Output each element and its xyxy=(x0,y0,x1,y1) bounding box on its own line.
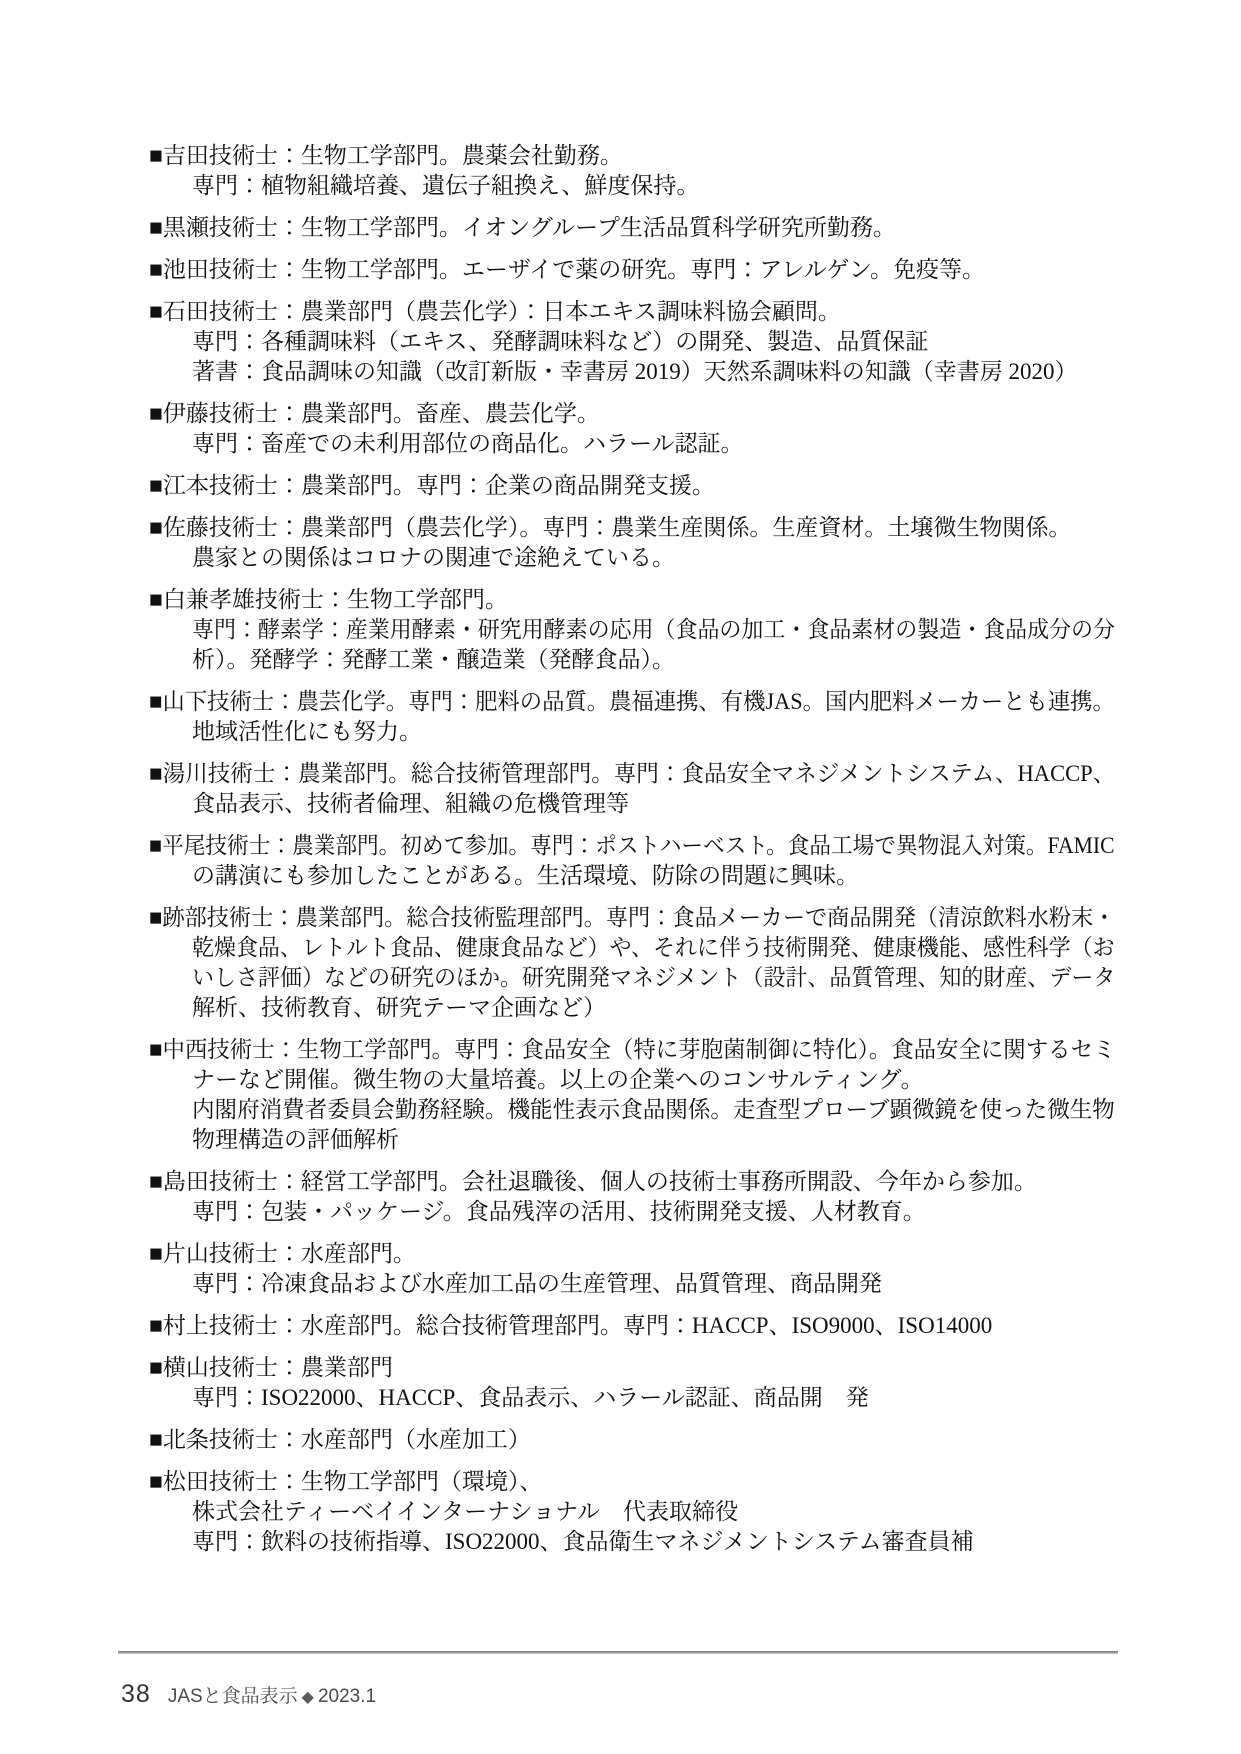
entry-first-line: ■松田技術士：生物工学部門（環境）、 xyxy=(149,1467,1115,1497)
entry-line-text: ■中西技術士：生物工学部門。専門：食品安全（特に芽胞菌制御に特化）。食品安全に関… xyxy=(149,1035,1115,1065)
entry-continuation-line: いしさ評価）などの研究のほか。研究開発マネジメント（設計、品質管理、知的財産、デ… xyxy=(149,963,1115,993)
entry-continuation-line: 専門：畜産での未利用部位の商品化。ハラール認証。 xyxy=(149,429,1115,459)
entry-line-text: いしさ評価）などの研究のほか。研究開発マネジメント（設計、品質管理、知的財産、デ… xyxy=(192,963,1115,993)
entry-first-line: ■佐藤技術士：農業部門（農芸化学）。専門：農業生産関係。生産資材。土壌微生物関係… xyxy=(149,513,1115,543)
member-entry: ■中西技術士：生物工学部門。専門：食品安全（特に芽胞菌制御に特化）。食品安全に関… xyxy=(149,1035,1115,1155)
entry-continuation-line: 株式会社ティーベイインターナショナル 代表取締役 xyxy=(149,1497,1115,1527)
entry-first-line: ■江本技術士：農業部門。専門：企業の商品開発支援。 xyxy=(149,471,1115,501)
entry-line-text: 析）。発酵学：発酵工業・醸造業（発酵食品）。 xyxy=(192,645,675,675)
page-number: 38 xyxy=(121,1680,151,1709)
entry-continuation-line: 専門：飲料の技術指導、ISO22000、食品衛生マネジメントシステム審査員補 xyxy=(149,1527,1115,1557)
entry-line-text: ■村上技術士：水産部門。総合技術管理部門。専門：HACCP、ISO9000、IS… xyxy=(149,1311,992,1341)
entry-line-text: ■池田技術士：生物工学部門。エーザイで薬の研究。専門：アレルゲン。免疫等。 xyxy=(149,255,985,285)
entry-continuation-line: ナーなど開催。微生物の大量培養。以上の企業へのコンサルティング。 xyxy=(149,1065,1115,1095)
entry-first-line: ■吉田技術士：生物工学部門。農薬会社勤務。 xyxy=(149,141,1115,171)
entry-continuation-line: 内閣府消費者委員会勤務経験。機能性表示食品関係。走査型プローブ顕微鏡を使った微生… xyxy=(149,1095,1115,1125)
member-entry: ■跡部技術士：農業部門。総合技術監理部門。専門：食品メーカーで商品開発（清涼飲料… xyxy=(149,903,1115,1023)
member-entry: ■伊藤技術士：農業部門。畜産、農芸化学。専門：畜産での未利用部位の商品化。ハラー… xyxy=(149,399,1115,459)
entry-continuation-line: 専門：包装・パッケージ。食品残滓の活用、技術開発支援、人材教育。 xyxy=(149,1197,1115,1227)
member-entry: ■横山技術士：農業部門専門：ISO22000、HACCP、食品表示、ハラール認証… xyxy=(149,1353,1115,1413)
entry-line-text: 専門：冷凍食品および水産加工品の生産管理、品質管理、商品開発 xyxy=(192,1269,882,1299)
entry-line-text: 農家との関係はコロナの関連で途絶えている。 xyxy=(192,543,675,573)
member-entry: ■佐藤技術士：農業部門（農芸化学）。専門：農業生産関係。生産資材。土壌微生物関係… xyxy=(149,513,1115,573)
member-entry: ■山下技術士：農芸化学。専門：肥料の品質。農福連携、有機JAS。国内肥料メーカー… xyxy=(149,687,1115,747)
entry-line-text: 専門：飲料の技術指導、ISO22000、食品衛生マネジメントシステム審査員補 xyxy=(192,1527,974,1557)
diamond-icon: ◆ xyxy=(302,1687,314,1707)
member-entry: ■松田技術士：生物工学部門（環境）、株式会社ティーベイインターナショナル 代表取… xyxy=(149,1467,1115,1557)
entry-line-text: ■湯川技術士：農業部門。総合技術管理部門。専門：食品安全マネジメントシステム、H… xyxy=(149,759,1115,789)
entry-continuation-line: 専門：各種調味料（エキス、発酵調味料など）の開発、製造、品質保証 xyxy=(149,327,1115,357)
member-entry: ■村上技術士：水産部門。総合技術管理部門。専門：HACCP、ISO9000、IS… xyxy=(149,1311,1115,1341)
entry-continuation-line: 解析、技術教育、研究テーマ企画など） xyxy=(149,993,1115,1023)
entry-first-line: ■湯川技術士：農業部門。総合技術管理部門。専門：食品安全マネジメントシステム、H… xyxy=(149,759,1115,789)
entry-line-text: ■佐藤技術士：農業部門（農芸化学）。専門：農業生産関係。生産資材。土壌微生物関係… xyxy=(149,513,1071,543)
member-entry: ■江本技術士：農業部門。専門：企業の商品開発支援。 xyxy=(149,471,1115,501)
entry-continuation-line: 専門：酵素学：産業用酵素・研究用酵素の応用（食品の加工・食品素材の製造・食品成分… xyxy=(149,615,1115,645)
entry-first-line: ■石田技術士：農業部門（農芸化学）：日本エキス調味料協会顧問。 xyxy=(149,297,1115,327)
entry-line-text: 専門：包装・パッケージ。食品残滓の活用、技術開発支援、人材教育。 xyxy=(192,1197,926,1227)
member-entry: ■吉田技術士：生物工学部門。農薬会社勤務。専門：植物組織培養、遺伝子組換え、鮮度… xyxy=(149,141,1115,201)
entry-line-text: ■江本技術士：農業部門。専門：企業の商品開発支援。 xyxy=(149,471,715,501)
entry-first-line: ■横山技術士：農業部門 xyxy=(149,1353,1115,1383)
entry-line-text: 専門：植物組織培養、遺伝子組換え、鮮度保持。 xyxy=(192,171,699,201)
entry-line-text: 専門：酵素学：産業用酵素・研究用酵素の応用（食品の加工・食品素材の製造・食品成分… xyxy=(192,615,1115,645)
member-entry: ■北条技術士：水産部門（水産加工） xyxy=(149,1425,1115,1455)
member-entry: ■片山技術士：水産部門。専門：冷凍食品および水産加工品の生産管理、品質管理、商品… xyxy=(149,1239,1115,1299)
entry-first-line: ■村上技術士：水産部門。総合技術管理部門。専門：HACCP、ISO9000、IS… xyxy=(149,1311,1115,1341)
member-entry: ■平尾技術士：農業部門。初めて参加。専門：ポストハーベスト。食品工場で異物混入対… xyxy=(149,831,1115,891)
member-entry: ■石田技術士：農業部門（農芸化学）：日本エキス調味料協会顧問。専門：各種調味料（… xyxy=(149,297,1115,387)
entry-line-text: ■黒瀬技術士：生物工学部門。イオングループ生活品質科学研究所勤務。 xyxy=(149,213,896,243)
member-entry: ■黒瀬技術士：生物工学部門。イオングループ生活品質科学研究所勤務。 xyxy=(149,213,1115,243)
entry-first-line: ■平尾技術士：農業部門。初めて参加。専門：ポストハーベスト。食品工場で異物混入対… xyxy=(149,831,1115,861)
entry-first-line: ■北条技術士：水産部門（水産加工） xyxy=(149,1425,1115,1455)
footer: 38 JASと食品表示 ◆ 2023.1 xyxy=(121,1680,376,1709)
entry-first-line: ■池田技術士：生物工学部門。エーザイで薬の研究。専門：アレルゲン。免疫等。 xyxy=(149,255,1115,285)
entry-continuation-line: 農家との関係はコロナの関連で途絶えている。 xyxy=(149,543,1115,573)
entry-line-text: ■伊藤技術士：農業部門。畜産、農芸化学。 xyxy=(149,399,600,429)
entry-first-line: ■跡部技術士：農業部門。総合技術監理部門。専門：食品メーカーで商品開発（清涼飲料… xyxy=(149,903,1115,933)
entry-line-text: 乾燥食品、レトルト食品、健康食品など）や、それに伴う技術開発、健康機能、感性科学… xyxy=(192,933,1115,963)
entry-line-text: の講演にも参加したことがある。生活環境、防除の問題に興味。 xyxy=(192,861,859,891)
entry-line-text: ■松田技術士：生物工学部門（環境）、 xyxy=(149,1467,542,1497)
entry-first-line: ■島田技術士：経営工学部門。会社退職後、個人の技術士事務所開設、今年から参加。 xyxy=(149,1167,1115,1197)
entry-first-line: ■黒瀬技術士：生物工学部門。イオングループ生活品質科学研究所勤務。 xyxy=(149,213,1115,243)
entry-line-text: ナーなど開催。微生物の大量培養。以上の企業へのコンサルティング。 xyxy=(192,1065,924,1095)
entry-line-text: ■吉田技術士：生物工学部門。農薬会社勤務。 xyxy=(149,141,623,171)
entry-continuation-line: 著書：食品調味の知識（改訂新版・幸書房 2019）天然系調味料の知識（幸書房 2… xyxy=(149,357,1115,387)
member-entry: ■湯川技術士：農業部門。総合技術管理部門。専門：食品安全マネジメントシステム、H… xyxy=(149,759,1115,819)
entry-line-text: 専門：畜産での未利用部位の商品化。ハラール認証。 xyxy=(192,429,744,459)
entry-line-text: ■平尾技術士：農業部門。初めて参加。専門：ポストハーベスト。食品工場で異物混入対… xyxy=(149,831,1115,861)
member-entry: ■池田技術士：生物工学部門。エーザイで薬の研究。専門：アレルゲン。免疫等。 xyxy=(149,255,1115,285)
entry-line-text: 専門：各種調味料（エキス、発酵調味料など）の開発、製造、品質保証 xyxy=(192,327,928,357)
entry-line-text: 著書：食品調味の知識（改訂新版・幸書房 2019）天然系調味料の知識（幸書房 2… xyxy=(192,357,1078,387)
entry-line-text: ■北条技術士：水産部門（水産加工） xyxy=(149,1425,531,1455)
entry-line-text: ■石田技術士：農業部門（農芸化学）：日本エキス調味料協会顧問。 xyxy=(149,297,841,327)
entry-continuation-line: 食品表示、技術者倫理、組織の危機管理等 xyxy=(149,789,1115,819)
entry-first-line: ■中西技術士：生物工学部門。専門：食品安全（特に芽胞菌制御に特化）。食品安全に関… xyxy=(149,1035,1115,1065)
entry-line-text: 食品表示、技術者倫理、組織の危機管理等 xyxy=(192,789,629,819)
entry-continuation-line: 地域活性化にも努力。 xyxy=(149,717,1115,747)
entry-line-text: ■島田技術士：経営工学部門。会社退職後、個人の技術士事務所開設、今年から参加。 xyxy=(149,1167,1037,1197)
member-list: ■吉田技術士：生物工学部門。農薬会社勤務。専門：植物組織培養、遺伝子組換え、鮮度… xyxy=(149,141,1115,1569)
entry-line-text: 内閣府消費者委員会勤務経験。機能性表示食品関係。走査型プローブ顕微鏡を使った微生… xyxy=(192,1095,1115,1125)
entry-line-text: ■山下技術士：農芸化学。専門：肥料の品質。農福連携、有機JAS。国内肥料メーカー… xyxy=(149,687,1115,717)
entry-line-text: ■跡部技術士：農業部門。総合技術監理部門。専門：食品メーカーで商品開発（清涼飲料… xyxy=(149,903,1115,933)
entry-first-line: ■白兼孝雄技術士：生物工学部門。 xyxy=(149,585,1115,615)
footer-divider xyxy=(118,1651,1118,1654)
entry-line-text: ■横山技術士：農業部門 xyxy=(149,1353,393,1383)
entry-first-line: ■片山技術士：水産部門。 xyxy=(149,1239,1115,1269)
entry-line-text: ■白兼孝雄技術士：生物工学部門。 xyxy=(149,585,508,615)
entry-continuation-line: 専門：ISO22000、HACCP、食品表示、ハラール認証、商品開 発 xyxy=(149,1383,1115,1413)
member-entry: ■白兼孝雄技術士：生物工学部門。専門：酵素学：産業用酵素・研究用酵素の応用（食品… xyxy=(149,585,1115,675)
journal-title: JASと食品表示 xyxy=(168,1681,298,1708)
entry-continuation-line: の講演にも参加したことがある。生活環境、防除の問題に興味。 xyxy=(149,861,1115,891)
entry-continuation-line: 析）。発酵学：発酵工業・醸造業（発酵食品）。 xyxy=(149,645,1115,675)
issue-date: 2023.1 xyxy=(318,1686,376,1708)
member-entry: ■島田技術士：経営工学部門。会社退職後、個人の技術士事務所開設、今年から参加。専… xyxy=(149,1167,1115,1227)
entry-line-text: 専門：ISO22000、HACCP、食品表示、ハラール認証、商品開 発 xyxy=(192,1383,869,1413)
entry-line-text: 株式会社ティーベイインターナショナル 代表取締役 xyxy=(192,1497,738,1527)
entry-first-line: ■山下技術士：農芸化学。専門：肥料の品質。農福連携、有機JAS。国内肥料メーカー… xyxy=(149,687,1115,717)
magazine-page: ■吉田技術士：生物工学部門。農薬会社勤務。専門：植物組織培養、遺伝子組換え、鮮度… xyxy=(0,0,1241,1754)
entry-line-text: 解析、技術教育、研究テーマ企画など） xyxy=(192,993,606,1023)
entry-continuation-line: 物理構造の評価解析 xyxy=(149,1125,1115,1155)
entry-continuation-line: 乾燥食品、レトルト食品、健康食品など）や、それに伴う技術開発、健康機能、感性科学… xyxy=(149,933,1115,963)
entry-continuation-line: 専門：植物組織培養、遺伝子組換え、鮮度保持。 xyxy=(149,171,1115,201)
entry-continuation-line: 専門：冷凍食品および水産加工品の生産管理、品質管理、商品開発 xyxy=(149,1269,1115,1299)
entry-line-text: 地域活性化にも努力。 xyxy=(192,717,422,747)
entry-line-text: 物理構造の評価解析 xyxy=(192,1125,399,1155)
entry-first-line: ■伊藤技術士：農業部門。畜産、農芸化学。 xyxy=(149,399,1115,429)
entry-line-text: ■片山技術士：水産部門。 xyxy=(149,1239,416,1269)
